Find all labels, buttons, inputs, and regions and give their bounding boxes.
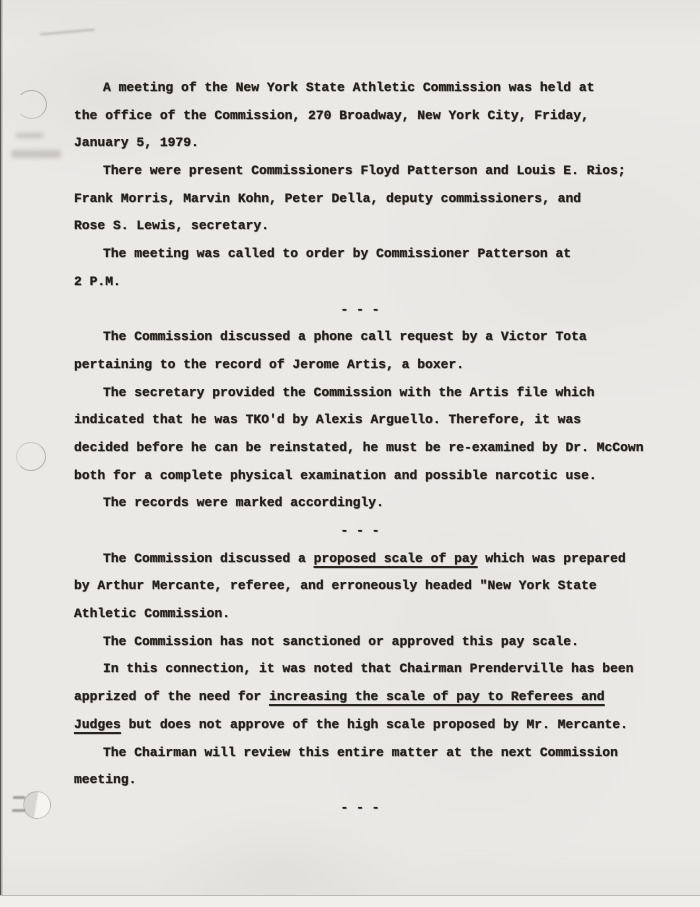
pencil-tick bbox=[13, 796, 25, 799]
text-line: the office of the Commission, 270 Broadw… bbox=[74, 102, 646, 130]
text-segment: A meeting of the New York State Athletic… bbox=[103, 80, 594, 95]
text-segment: The Commission discussed a bbox=[103, 551, 314, 566]
text-line: Frank Morris, Marvin Kohn, Peter Della, … bbox=[74, 185, 646, 213]
text-segment: the office of the Commission, 270 Broadw… bbox=[74, 108, 589, 123]
text-segment: The Commission discussed a phone call re… bbox=[103, 329, 587, 344]
text-line: In this connection, it was noted that Ch… bbox=[74, 655, 646, 683]
text-segment: The Commission has not sanctioned or app… bbox=[103, 634, 579, 649]
text-segment: pertaining to the record of Jerome Artis… bbox=[74, 357, 464, 372]
text-line: The Commission discussed a phone call re… bbox=[74, 323, 646, 351]
text-line: The Commission discussed a proposed scal… bbox=[74, 545, 646, 573]
text-line: Athletic Commission. bbox=[74, 600, 646, 628]
underlined-text: Judges bbox=[74, 717, 121, 732]
text-line: A meeting of the New York State Athletic… bbox=[74, 74, 646, 102]
text-segment: by Arthur Mercante, referee, and erroneo… bbox=[74, 578, 597, 593]
text-line: Judges but does not approve of the high … bbox=[74, 711, 646, 739]
paper-edge-bottom bbox=[0, 895, 700, 907]
hole-punch-middle bbox=[16, 442, 46, 471]
text-segment: There were present Commissioners Floyd P… bbox=[103, 163, 626, 178]
section-separator: - - - bbox=[74, 517, 646, 545]
text-line: The Chairman will review this entire mat… bbox=[74, 739, 646, 767]
erased-text-smudge bbox=[16, 133, 44, 138]
text-segment: both for a complete physical examination… bbox=[74, 468, 597, 483]
text-line: The meeting was called to order by Commi… bbox=[74, 240, 646, 268]
text-line: There were present Commissioners Floyd P… bbox=[74, 157, 646, 185]
text-line: pertaining to the record of Jerome Artis… bbox=[74, 351, 646, 379]
text-line: Rose S. Lewis, secretary. bbox=[74, 212, 646, 240]
text-line: The records were marked accordingly. bbox=[74, 489, 646, 517]
underlined-text: increasing the scale of pay to Referees … bbox=[269, 689, 604, 704]
text-segment: The records were marked accordingly. bbox=[103, 495, 384, 510]
text-line: The Commission has not sanctioned or app… bbox=[74, 628, 646, 656]
text-segment: decided before he can be reinstated, he … bbox=[74, 440, 644, 455]
underlined-text: proposed scale of pay bbox=[314, 551, 478, 566]
text-line: both for a complete physical examination… bbox=[74, 462, 646, 490]
text-segment: The Chairman will review this entire mat… bbox=[103, 745, 618, 760]
text-segment: meeting. bbox=[74, 772, 136, 787]
document-page: A meeting of the New York State Athletic… bbox=[0, 0, 700, 907]
text-line: The secretary provided the Commission wi… bbox=[74, 379, 646, 407]
paper-edge-left bbox=[0, 0, 3, 907]
text-segment: January 5, 1979. bbox=[74, 135, 199, 150]
pencil-tick bbox=[12, 809, 25, 812]
text-line: meeting. bbox=[74, 766, 646, 794]
text-segment: but does not approve of the high scale p… bbox=[121, 717, 628, 732]
text-segment: The secretary provided the Commission wi… bbox=[103, 385, 594, 400]
text-segment: Frank Morris, Marvin Kohn, Peter Della, … bbox=[74, 191, 581, 206]
text-segment: apprized of the need for bbox=[74, 689, 269, 704]
text-line: apprized of the need for increasing the … bbox=[74, 683, 646, 711]
pencil-mark bbox=[40, 29, 95, 36]
text-line: decided before he can be reinstated, he … bbox=[74, 434, 646, 462]
hole-punch-top bbox=[16, 90, 47, 119]
text-segment: 2 P.M. bbox=[74, 274, 121, 289]
text-segment: which was prepared bbox=[477, 551, 625, 566]
hole-punch-bottom bbox=[23, 791, 51, 819]
document-body: A meeting of the New York State Athletic… bbox=[74, 74, 646, 822]
section-separator: - - - bbox=[74, 296, 646, 324]
text-line: 2 P.M. bbox=[74, 268, 646, 296]
text-segment: The meeting was called to order by Commi… bbox=[103, 246, 571, 261]
text-segment: Athletic Commission. bbox=[74, 606, 230, 621]
text-segment: Rose S. Lewis, secretary. bbox=[74, 218, 269, 233]
text-line: indicated that he was TKO'd by Alexis Ar… bbox=[74, 406, 646, 434]
text-line: by Arthur Mercante, referee, and erroneo… bbox=[74, 572, 646, 600]
erased-text-smudge bbox=[11, 150, 61, 158]
text-line: January 5, 1979. bbox=[74, 129, 646, 157]
text-segment: In this connection, it was noted that Ch… bbox=[103, 661, 634, 676]
section-separator: - - - bbox=[74, 794, 646, 822]
text-segment: indicated that he was TKO'd by Alexis Ar… bbox=[74, 412, 581, 427]
